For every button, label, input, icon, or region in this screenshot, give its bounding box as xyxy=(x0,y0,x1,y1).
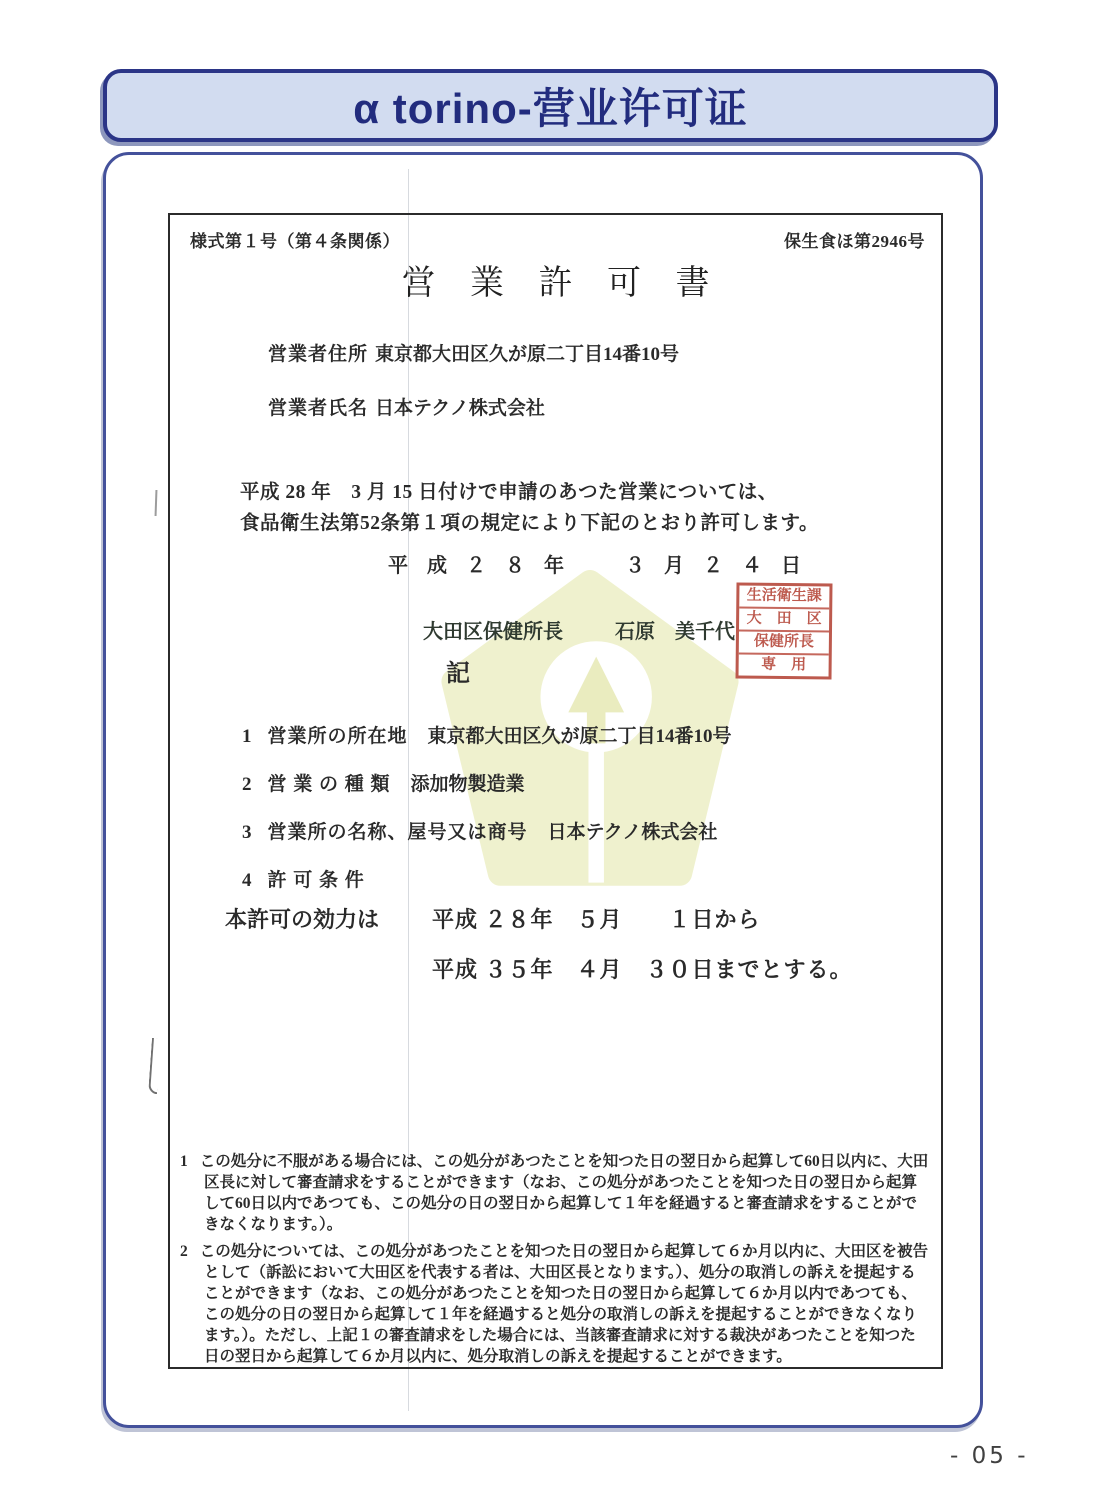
form-number: 様式第１号（第４条関係） xyxy=(190,227,400,252)
operator-name-label: 営業者氏名 xyxy=(268,393,375,420)
page-title-banner: α torino-营业许可证 xyxy=(103,69,998,142)
note-appeal-2: 2この処分については、この処分があつたことを知つた日の翌日から起算して６か月以内… xyxy=(180,1241,930,1367)
operator-address-value: 東京都大田区久が原二丁目14番10号 xyxy=(375,339,679,366)
stamp-row-1: 生活衛生課 xyxy=(739,586,829,610)
item-business-type: 2営 業 の 種 類添加物製造業 xyxy=(242,769,525,796)
stamp-row-3: 保健所長 xyxy=(739,632,829,656)
document-number: 保生食ほ第2946号 xyxy=(784,227,925,252)
ki-heading: 記 xyxy=(446,653,474,688)
item-permit-conditions: 4許 可 条 件 xyxy=(242,865,385,892)
validity-to: 平成 ３５年 ４月 ３０日までとする。 xyxy=(432,953,853,984)
page-title: α torino-营业许可证 xyxy=(353,76,747,136)
document-title: 営 業 許 可 書 xyxy=(170,255,941,304)
operator-name-value: 日本テクノ株式会社 xyxy=(375,393,545,420)
permit-statement: 平成 28 年 3 月 15 日付けで申請のあつた営業については、 食品衛生法第… xyxy=(240,477,819,539)
operator-address-label: 営業者住所 xyxy=(268,339,375,366)
issue-date: 平 成 ２ ８ 年 ３ 月 ２ ４ 日 xyxy=(388,549,808,578)
issuer-line: 大田区保健所長石原 美千代 xyxy=(423,615,735,644)
permit-statement-line1: 平成 28 年 3 月 15 日付けで申請のあつた営業については、 xyxy=(240,477,819,508)
item-trade-name: 3営業所の名称、屋号又は商号日本テクノ株式会社 xyxy=(242,817,717,844)
issuer-title: 大田区保健所長 xyxy=(423,621,563,643)
stamp-row-4: 専 用 xyxy=(739,655,829,677)
scan-artifact-bracket xyxy=(148,1038,161,1094)
operator-address-row: 営業者住所 東京都大田区久が原二丁目14番10号 xyxy=(268,339,679,366)
license-document: 様式第１号（第４条関係） 保生食ほ第2946号 営 業 許 可 書 営業者住所 … xyxy=(168,213,943,1369)
validity-from: 平成 ２８年 ５月 １日から xyxy=(432,903,761,934)
official-red-stamp: 生活衛生課 大 田 区 保健所長 専 用 xyxy=(736,583,833,680)
issuer-name: 石原 美千代 xyxy=(615,621,735,643)
page-number: - 05 - xyxy=(950,1443,1029,1469)
item-premises-location: 1営業所の所在地東京都大田区久が原二丁目14番10号 xyxy=(242,721,732,748)
document-header-row: 様式第１号（第４条関係） 保生食ほ第2946号 xyxy=(190,227,925,252)
operator-name-row: 営業者氏名 日本テクノ株式会社 xyxy=(268,393,545,420)
content-panel: 様式第１号（第４条関係） 保生食ほ第2946号 営 業 許 可 書 営業者住所 … xyxy=(103,152,983,1428)
scan-artifact-tick xyxy=(155,490,158,516)
validity-label: 本許可の効力は xyxy=(225,903,379,934)
stamp-row-2: 大 田 区 xyxy=(739,609,829,633)
note-appeal-1: 1この処分に不服がある場合には、この処分があつたことを知つた日の翌日から起算して… xyxy=(180,1151,930,1235)
permit-statement-line2: 食品衛生法第52条第１項の規定により下記のとおり許可します。 xyxy=(240,508,819,539)
page: α torino-营业许可证 様式第１号（第４条関係） 保生食ほ第2946号 営… xyxy=(0,0,1101,1496)
